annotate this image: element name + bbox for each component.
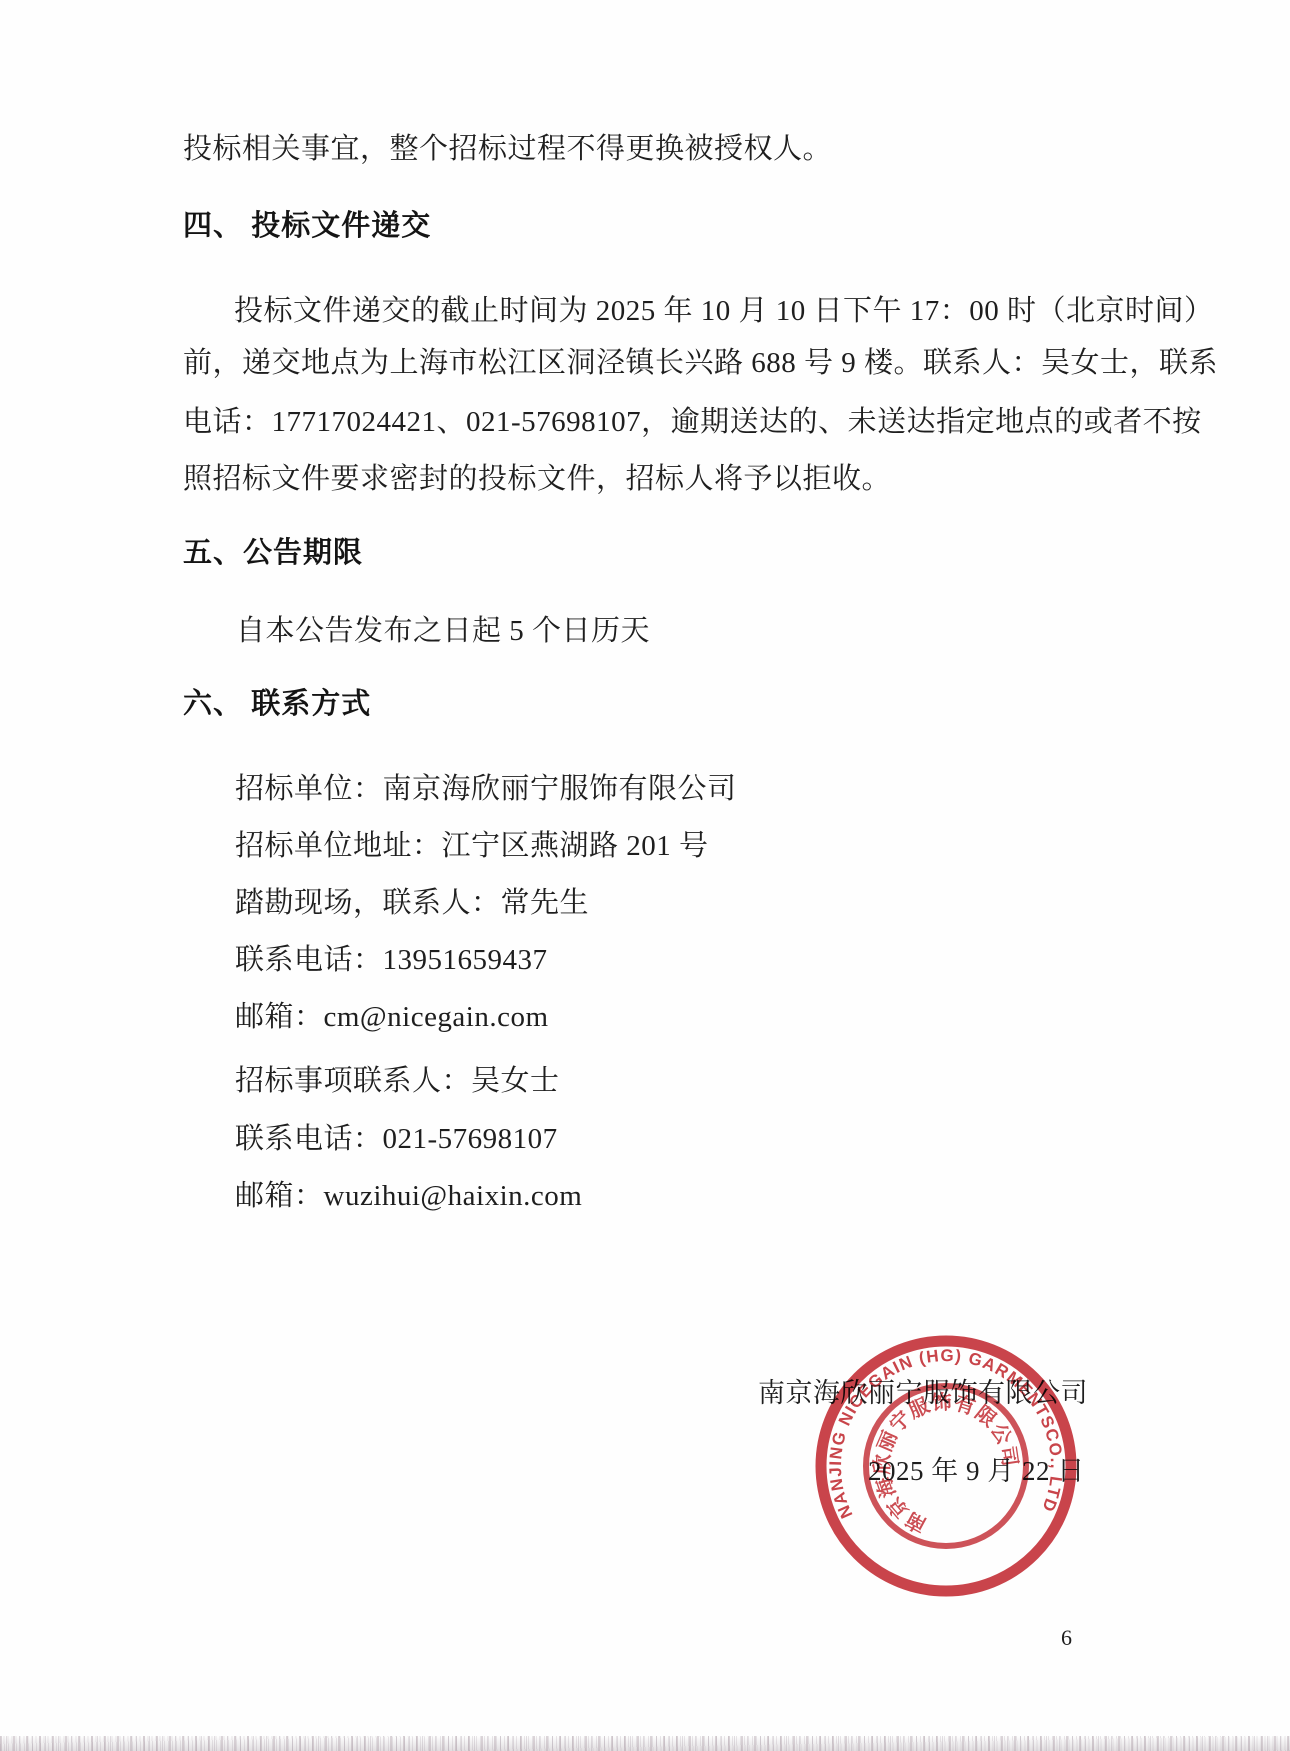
section5-heading: 五、公告期限 <box>183 537 363 570</box>
section4-paragraph-line: 前，递交地点为上海市松江区洞泾镇长兴路 688 号 9 楼。联系人：吴女士，联系 <box>183 347 1218 380</box>
contact-line-tender-unit: 招标单位：南京海欣丽宁服饰有限公司 <box>235 773 737 806</box>
company-seal-stamp: NANJING NICEGAIN (HG) GARMENTSCO., LTD. … <box>795 1315 1097 1617</box>
page-number: 6 <box>1061 1625 1072 1650</box>
contact-line-email-2: 邮箱：wuzihui@haixin.com <box>235 1180 582 1213</box>
contact-line-tender-contact: 招标事项联系人：吴女士 <box>235 1065 560 1098</box>
section4-paragraph-line: 电话：17717024421、021-57698107，逾期送达的、未送达指定地… <box>183 406 1202 439</box>
section6-heading: 六、 联系方式 <box>183 688 371 721</box>
section4-paragraph-line: 照招标文件要求密封的投标文件，招标人将予以拒收。 <box>183 463 891 496</box>
scanned-document-page: 投标相关事宜，整个招标过程不得更换被授权人。 四、 投标文件递交 投标文件递交的… <box>0 0 1290 1751</box>
scan-edge-artifact <box>0 1736 1290 1751</box>
contact-line-phone-2: 联系电话：021-57698107 <box>235 1123 558 1156</box>
contact-line-phone-1: 联系电话：13951659437 <box>235 944 548 977</box>
contact-line-address: 招标单位地址：江宁区燕湖路 201 号 <box>235 830 709 863</box>
contact-line-email-1: 邮箱：cm@nicegain.com <box>235 1001 549 1034</box>
section5-body: 自本公告发布之日起 5 个日历天 <box>236 615 650 648</box>
seal-outer-ring <box>821 1341 1071 1591</box>
contact-line-site-visit: 踏勘现场，联系人：常先生 <box>235 887 589 920</box>
intro-line: 投标相关事宜，整个招标过程不得更换被授权人。 <box>183 133 832 166</box>
section4-paragraph-line: 投标文件递交的截止时间为 2025 年 10 月 10 日下午 17：00 时（… <box>234 295 1214 328</box>
section4-heading: 四、 投标文件递交 <box>183 210 431 243</box>
